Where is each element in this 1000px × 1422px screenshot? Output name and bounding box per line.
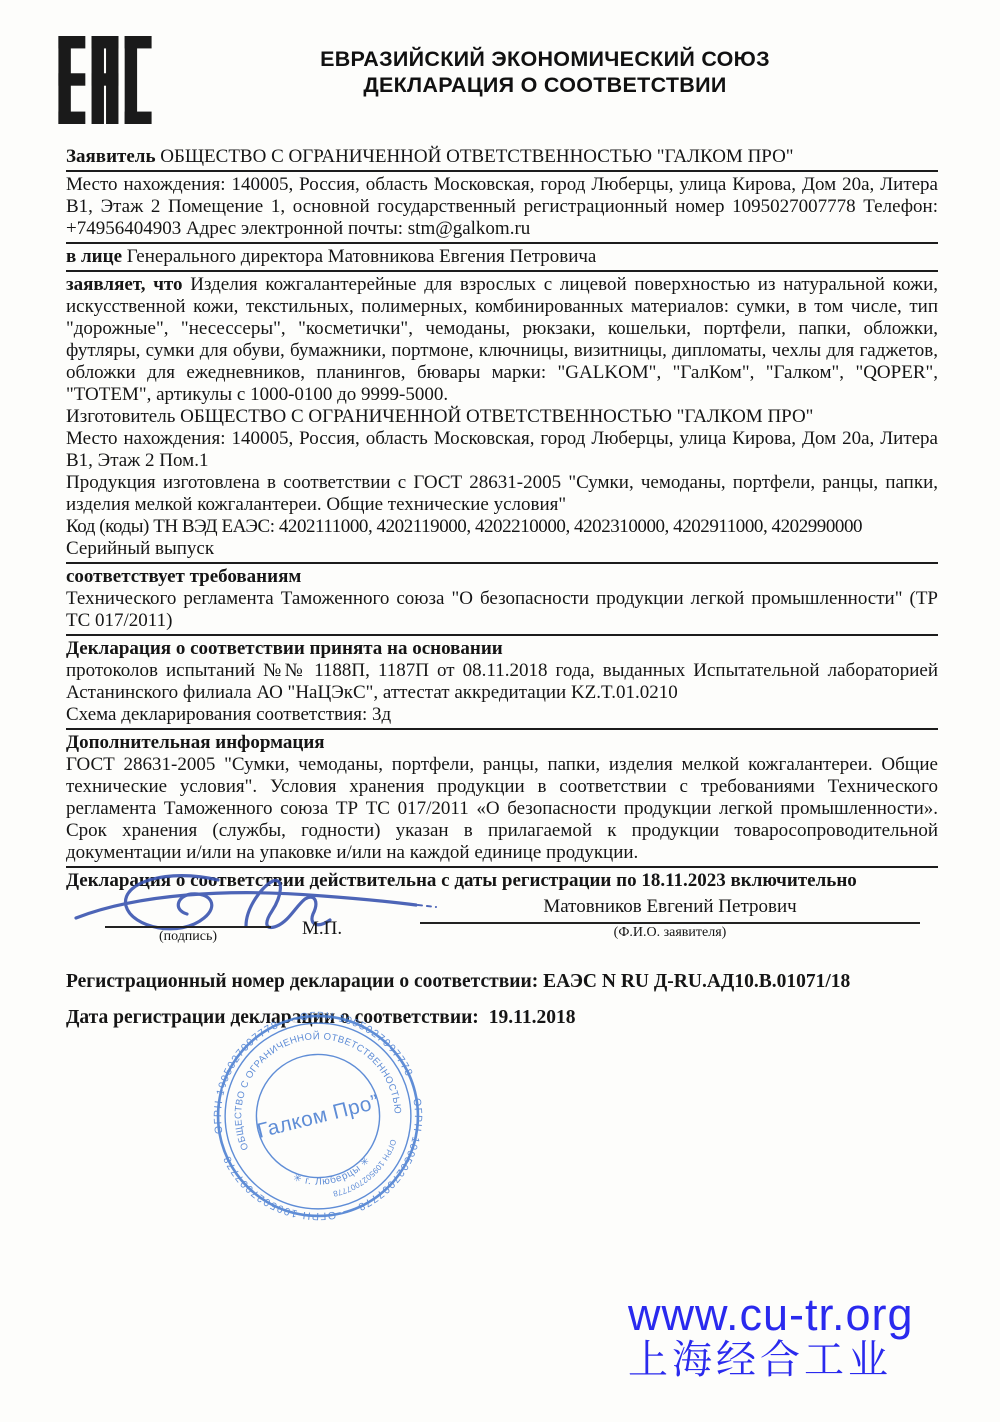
- manufacturer-label: Изготовитель: [66, 406, 175, 427]
- person-name: Генерального директора Матовникова Евген…: [127, 246, 597, 267]
- registration-number-label: Регистрационный номер декларации о соотв…: [66, 971, 538, 992]
- watermark-cjk: 上海经合工业: [628, 1338, 914, 1382]
- declares-text: Изделия кожгалантерейные для взрослых с …: [66, 274, 938, 405]
- company-stamp: ОГРН 1095027007778 ОГРН 1095027007778 ОГ…: [212, 1010, 424, 1222]
- applicant-name: ОБЩЕСТВО С ОГРАНИЧЕННОЙ ОТВЕТСТВЕННОСТЬЮ…: [160, 146, 793, 167]
- fio-block: Матовников Евгений Петрович (Ф.И.О. заяв…: [420, 892, 920, 942]
- release-type: Серийный выпуск: [66, 538, 938, 564]
- production-standard: Продукция изготовлена в соответствии с Г…: [66, 472, 938, 516]
- manufacturer-name: ОБЩЕСТВО С ОГРАНИЧЕННОЙ ОТВЕТСТВЕННОСТЬЮ…: [180, 406, 813, 427]
- applicant-label: Заявитель: [66, 146, 156, 167]
- watermark-url: www.cu-tr.org: [628, 1292, 914, 1338]
- declares-paragraph: заявляет, что Изделия кожгалантерейные д…: [66, 274, 938, 406]
- manufacturer-row: Изготовитель ОБЩЕСТВО С ОГРАНИЧЕННОЙ ОТВ…: [66, 406, 938, 428]
- signature-caption: (подпись): [105, 928, 271, 946]
- additional-heading: Дополнительная информация: [66, 732, 938, 754]
- registration-number-value: ЕАЭС N RU Д-RU.АД10.В.01071/18: [543, 971, 850, 992]
- signature-line: (подпись): [105, 926, 271, 946]
- title-line2: ДЕКЛАРАЦИЯ О СООТВЕТСТВИИ: [90, 72, 1000, 98]
- registration-date-value: 19.11.2018: [489, 1007, 576, 1028]
- compliance-heading: соответствует требованиям: [66, 566, 938, 588]
- applicant-row: Заявитель ОБЩЕСТВО С ОГРАНИЧЕННОЙ ОТВЕТС…: [66, 146, 938, 172]
- manufacturer-address: Место нахождения: 140005, Россия, област…: [66, 428, 938, 472]
- document-body: Заявитель ОБЩЕСТВО С ОГРАНИЧЕННОЙ ОТВЕТС…: [66, 146, 938, 1030]
- watermark: www.cu-tr.org 上海经合工业: [628, 1292, 914, 1382]
- additional-text: ГОСТ 28631-2005 "Сумки, чемоданы, портфе…: [66, 754, 938, 868]
- scheme-row: Схема декларирования соответствия: 3д: [66, 704, 938, 730]
- compliance-text: Технического регламента Таможенного союз…: [66, 588, 938, 636]
- fio-name: Матовников Евгений Петрович: [420, 896, 920, 918]
- applicant-person-row: в лице Генерального директора Матовников…: [66, 246, 938, 272]
- stamp-center-text: Галком Про”: [255, 1090, 382, 1142]
- document-title: ЕВРАЗИЙСКИЙ ЭКОНОМИЧЕСКИЙ СОЮЗ ДЕКЛАРАЦИ…: [90, 46, 1000, 98]
- title-line1: ЕВРАЗИЙСКИЙ ЭКОНОМИЧЕСКИЙ СОЮЗ: [90, 46, 1000, 72]
- mp-label: М.П.: [302, 918, 342, 940]
- person-label: в лице: [66, 246, 122, 267]
- tnved-codes: Код (коды) ТН ВЭД ЕАЭС: 4202111000, 4202…: [66, 516, 938, 538]
- registration-date-row: Дата регистрации декларации о соответств…: [66, 1006, 938, 1030]
- basis-heading: Декларация о соответствии принята на осн…: [66, 638, 938, 660]
- fio-caption: (Ф.И.О. заявителя): [420, 924, 920, 942]
- declares-label: заявляет, что: [66, 274, 183, 295]
- signature-area: (подпись) М.П. Матовников Евгений Петров…: [66, 892, 938, 964]
- registration-number-row: Регистрационный номер декларации о соотв…: [66, 970, 938, 994]
- basis-text: протоколов испытаний №№ 1188П, 1187П от …: [66, 660, 938, 704]
- validity-heading: Декларация о соответствии действительна …: [66, 870, 938, 892]
- declaration-document: ЕВРАЗИЙСКИЙ ЭКОНОМИЧЕСКИЙ СОЮЗ ДЕКЛАРАЦИ…: [0, 0, 1000, 1422]
- applicant-address: Место нахождения: 140005, Россия, област…: [66, 174, 938, 244]
